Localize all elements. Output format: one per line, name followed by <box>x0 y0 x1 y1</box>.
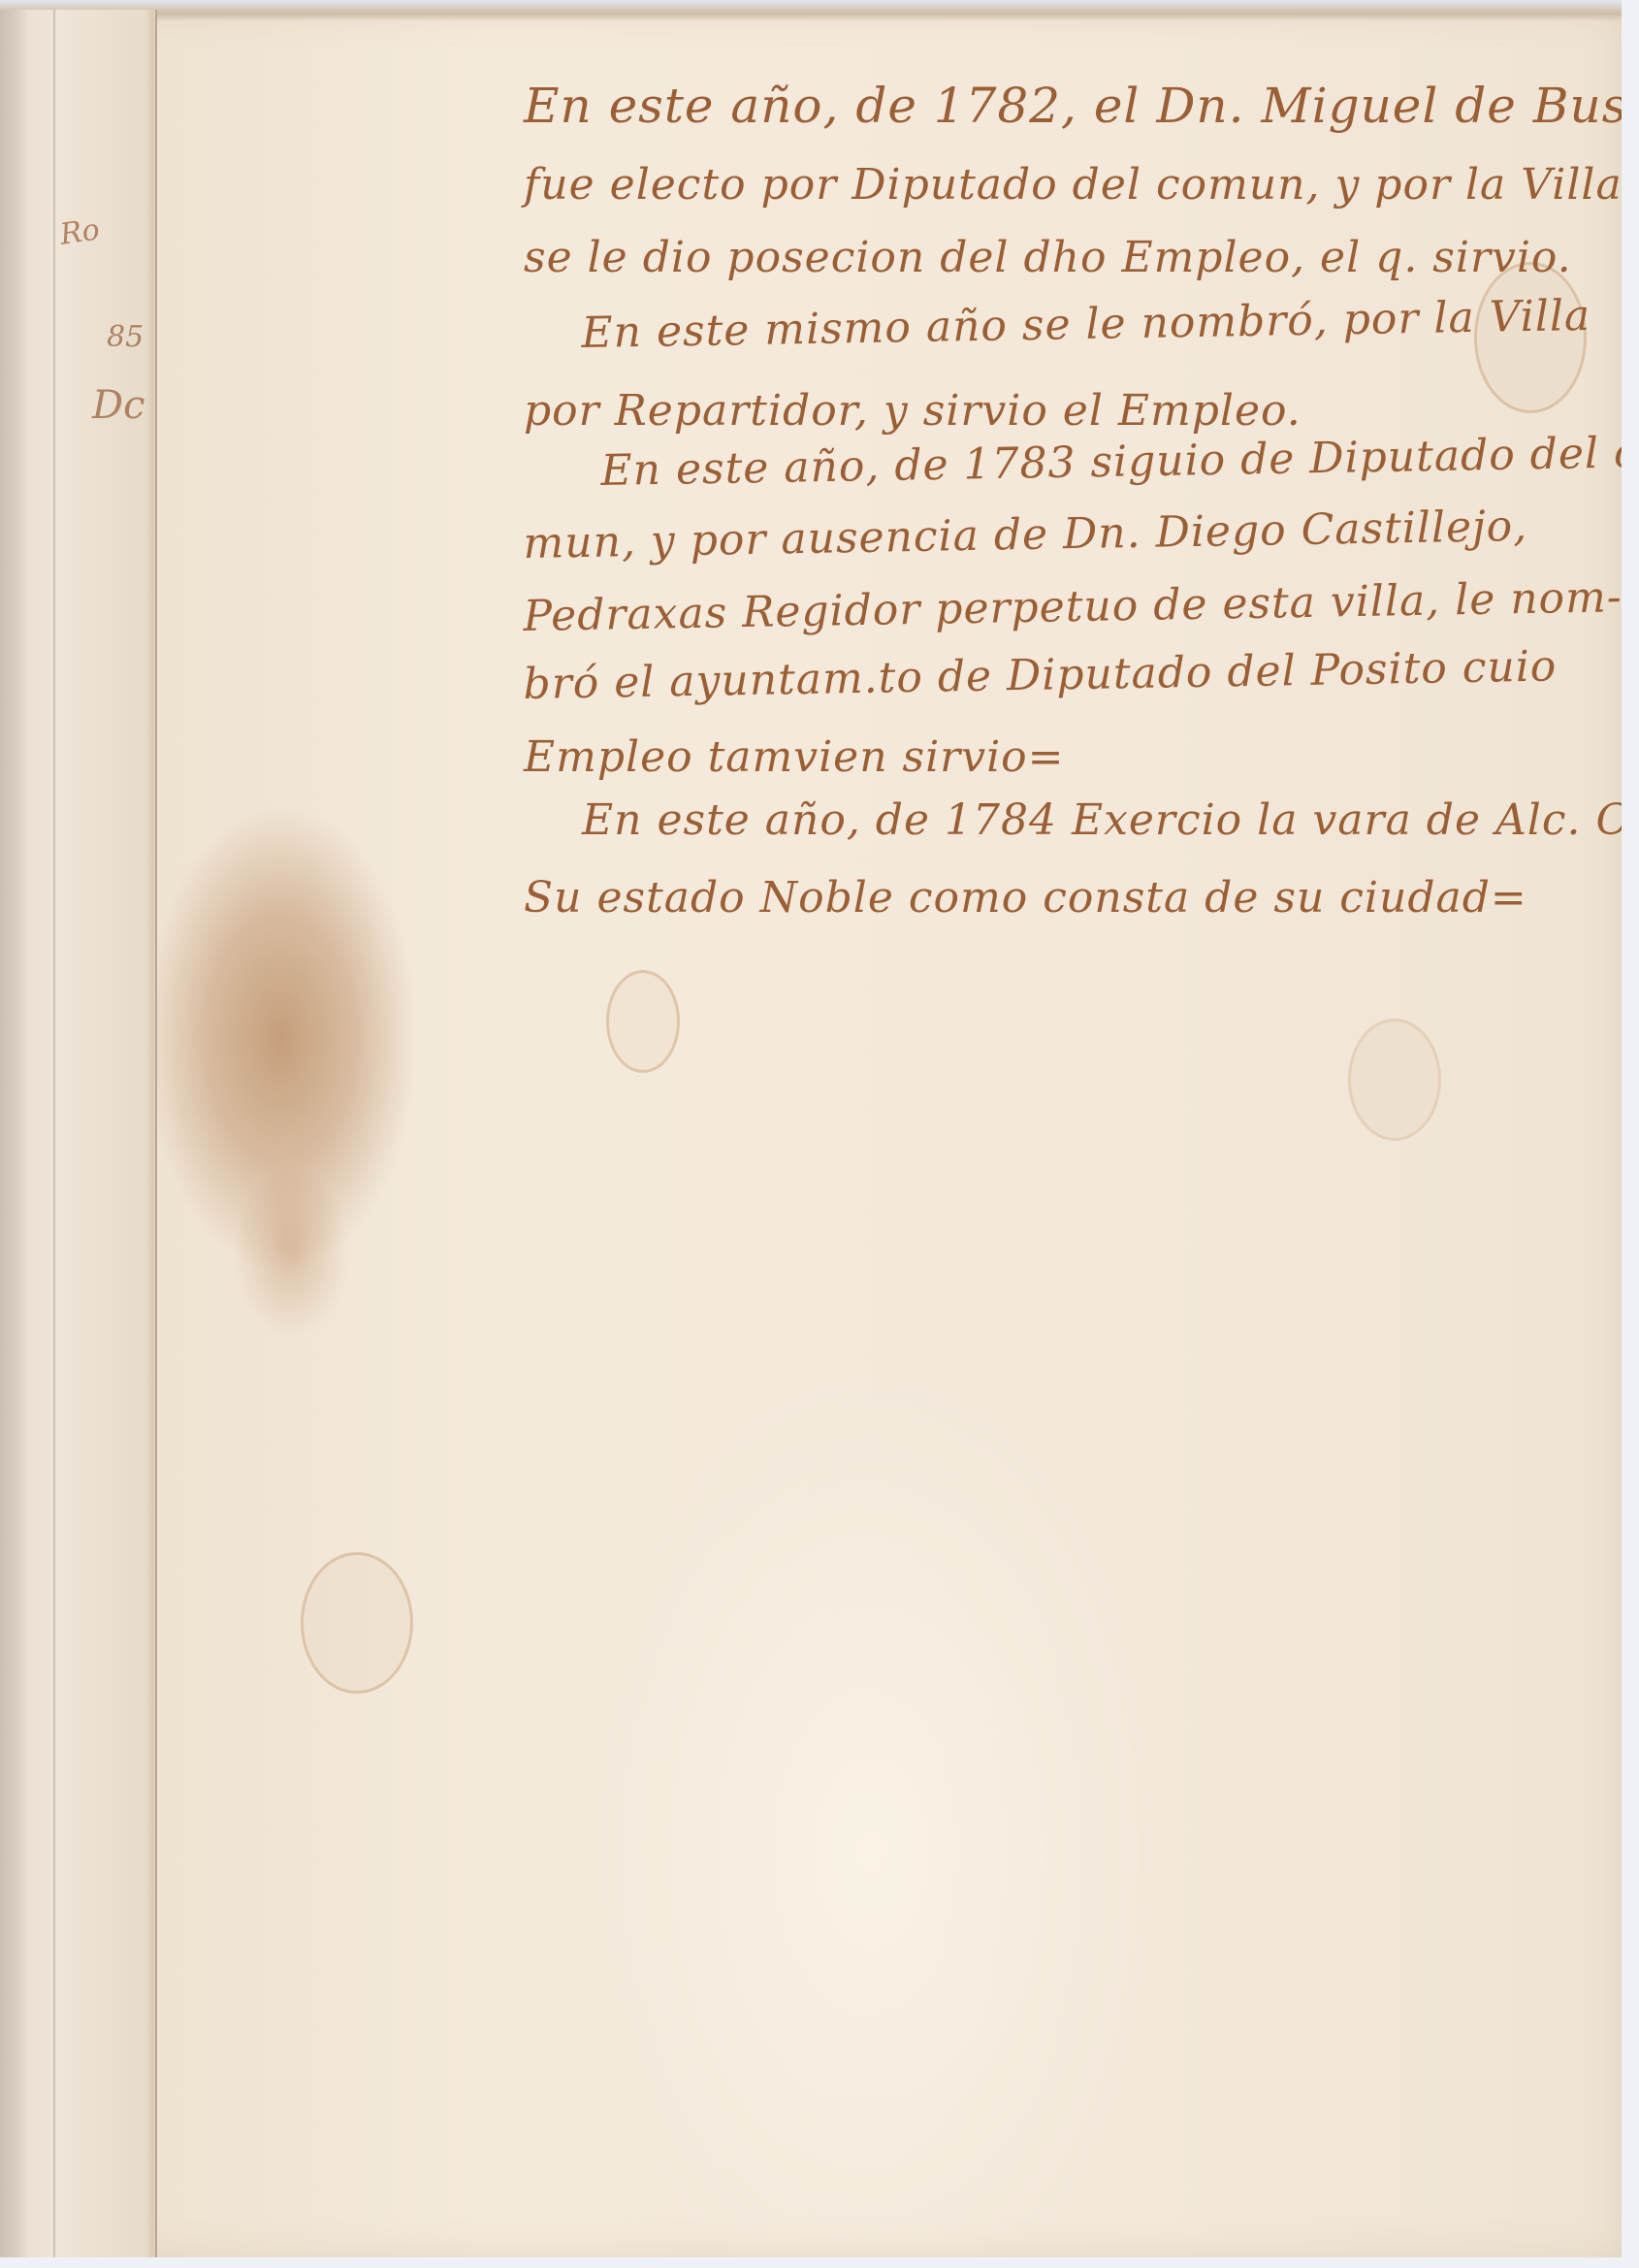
text-line-1: En este año, de 1782, el Dn. Miguel de B… <box>524 78 1639 134</box>
water-stain <box>606 970 680 1073</box>
water-stain <box>1348 1019 1441 1141</box>
scan-background-bottom <box>0 2257 1639 2268</box>
water-stain <box>301 1552 413 1694</box>
torn-top-edge <box>0 0 1639 21</box>
text-line-12: Su estado Noble como consta de su ciudad… <box>524 873 1527 923</box>
scan-background-right <box>1622 0 1639 2268</box>
margin-note: Dc <box>92 383 145 428</box>
text-line-5: por Repartidor, y sirvio el Empleo. <box>524 386 1302 436</box>
text-line-11: En este año, de 1784 Exercio la vara de … <box>582 795 1639 845</box>
text-line-2: fue electo por Diputado del comun, y por… <box>524 160 1623 210</box>
text-line-3: se le dio posecion del dho Empleo, el q.… <box>524 233 1572 282</box>
margin-note: Ro <box>58 212 102 251</box>
binding-fold <box>53 10 55 2258</box>
text-line-10: Empleo tamvien sirvio= <box>524 732 1065 782</box>
margin-note: 85 <box>107 320 144 354</box>
